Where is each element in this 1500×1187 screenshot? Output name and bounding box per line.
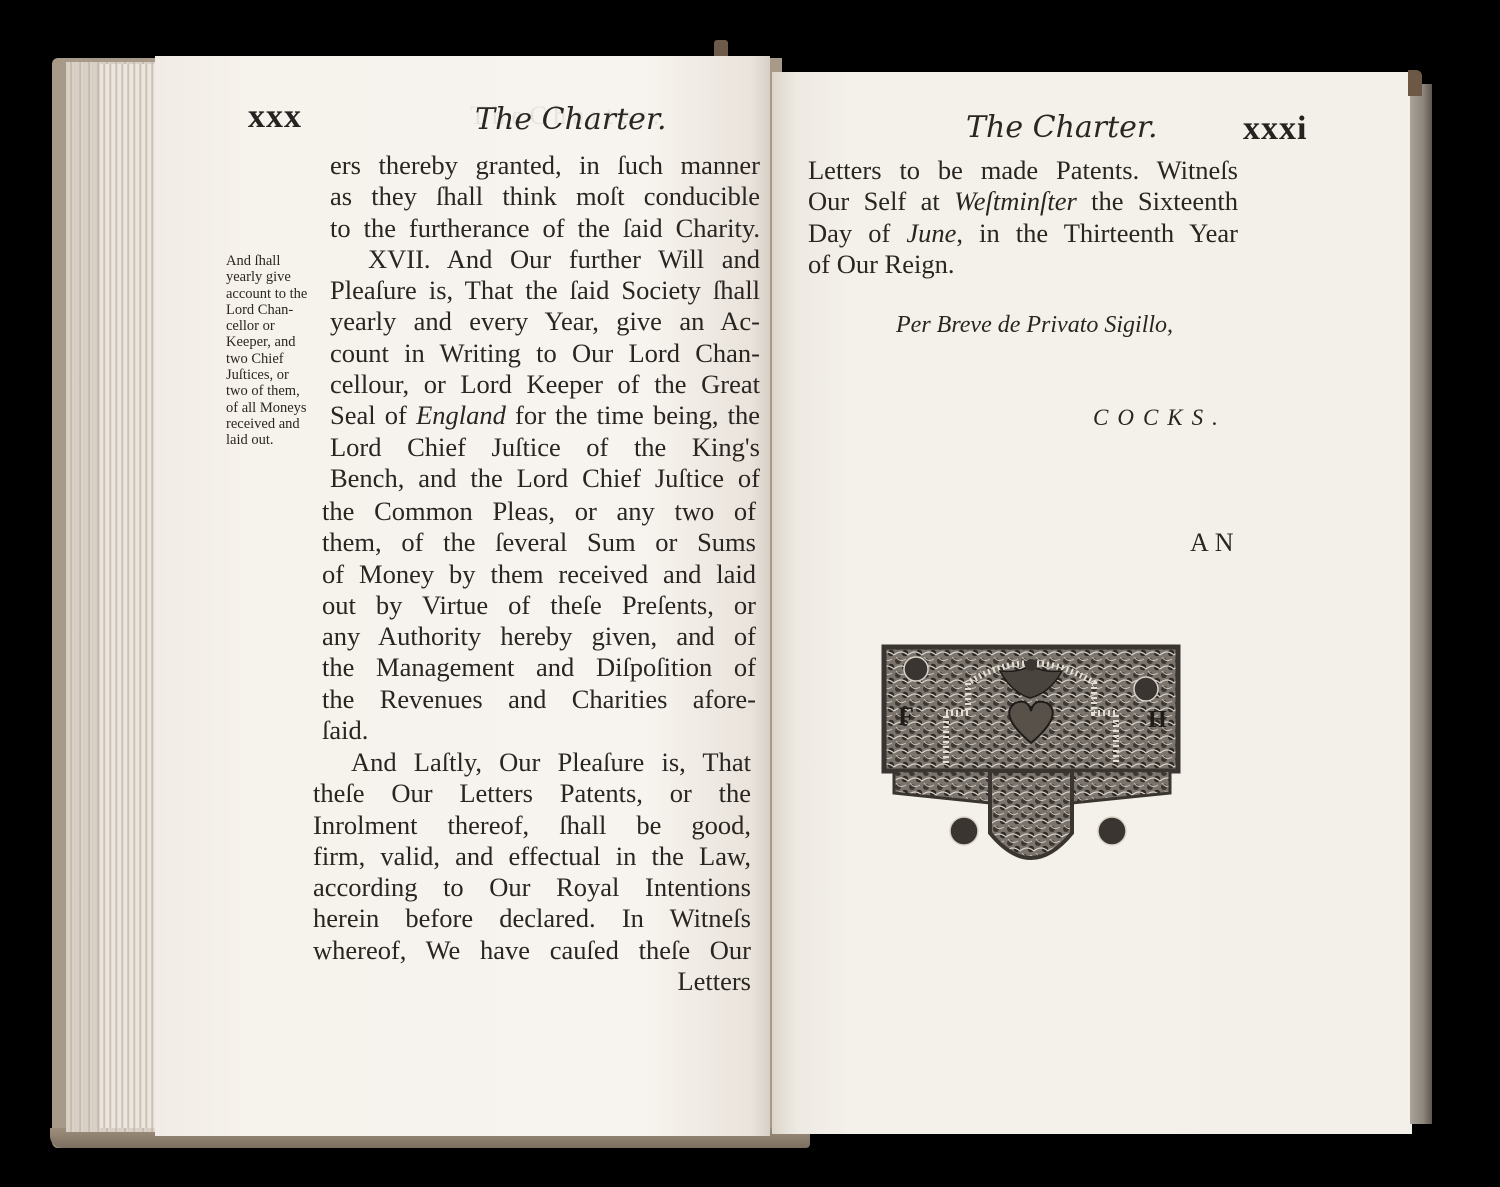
right-running-head: The Charter. (966, 110, 1158, 145)
left-body-text-bottom: And Laſtly, Our Pleaſure is, That theſe … (313, 747, 751, 997)
text-line: yearly and every Year, give an Ac- (330, 306, 760, 337)
text-line: Lord Chief Juſtice of the King's (330, 432, 760, 463)
place-name: England (416, 400, 506, 430)
text-line: of Money by them received and laid (322, 559, 756, 590)
text-line: Pleaſure is, That the ſaid Society ſhall (330, 275, 760, 306)
text-line: count in Writing to Our Lord Chan- (330, 338, 760, 369)
marginal-note: And ſhall yearly give account to the Lor… (226, 253, 326, 449)
text-line: firm, valid, and effectual in the Law, (313, 841, 751, 872)
text-line: the Revenues and Charities afore- (322, 684, 756, 715)
text-line: the Management and Diſpoſition of (322, 652, 756, 683)
svg-text:H: H (1148, 707, 1167, 733)
signatory: COCKS. (1093, 405, 1227, 431)
cover-corner (1408, 70, 1422, 96)
text-line: Our Self at Weſtminſter the Sixteenth (808, 186, 1238, 217)
warrant-line: Per Breve de Privato Sigillo, (896, 312, 1173, 339)
text-line: Day of June, in the Thirteenth Year (808, 218, 1238, 249)
text-line: as they ſhall think moſt conducible (330, 181, 760, 212)
right-folio: xxxi (1243, 110, 1307, 148)
text-line: to the furtherance of the ſaid Charity. (330, 213, 760, 244)
text-line: whereof, We have cauſed theſe Our (313, 935, 751, 966)
text-line: Inrolment thereof, ſhall be good, (313, 810, 751, 841)
text-line: the Common Pleas, or any two of (322, 496, 756, 527)
right-fore-edge (1410, 84, 1432, 1124)
text-line: Letters to be made Patents. Witneſs (808, 155, 1238, 186)
text-line: cellour, or Lord Keeper of the Great (330, 369, 760, 400)
right-body-text: Letters to be made Patents. Witneſs Our … (808, 155, 1238, 280)
text-line: out by Virtue of theſe Preſents, or (322, 590, 756, 621)
text-line: theſe Our Letters Patents, or the (313, 778, 751, 809)
text-line: ers thereby granted, in ſuch manner (330, 150, 760, 181)
open-book: T h e C h a r t e r . xxx The Charter. A… (0, 0, 1500, 1187)
text-line: any Authority hereby given, and of (322, 621, 756, 652)
left-body-text-top: ers thereby granted, in ſuch manner as t… (330, 150, 760, 494)
text-line: And Laſtly, Our Pleaſure is, That (313, 747, 751, 778)
text-line: herein before declared. In Witneſs (313, 903, 751, 934)
text-line: of Our Reign. (808, 249, 1238, 280)
page-edges-inner (100, 64, 160, 1128)
text-line: XVII. And Our further Will and (330, 244, 760, 275)
left-running-head: The Charter. (475, 102, 667, 137)
catchword-right: AN (1190, 528, 1240, 558)
place-name: Weſtminſter (954, 186, 1077, 216)
catchword: Letters (313, 966, 751, 997)
left-folio: xxx (248, 98, 302, 136)
month-name: June (906, 218, 956, 248)
text-line: according to Our Royal Intentions (313, 872, 751, 903)
woodcut-ornament-icon: F H (880, 643, 1182, 878)
svg-text:F: F (898, 702, 914, 731)
text-line: them, of the ſeveral Sum or Sums (322, 527, 756, 558)
text-line: ſaid. (322, 715, 756, 746)
text-line: Bench, and the Lord Chief Juſtice of (330, 463, 760, 494)
left-body-text-middle: the Common Pleas, or any two of them, of… (322, 496, 756, 746)
text-line: Seal of England for the time being, the (330, 400, 760, 431)
